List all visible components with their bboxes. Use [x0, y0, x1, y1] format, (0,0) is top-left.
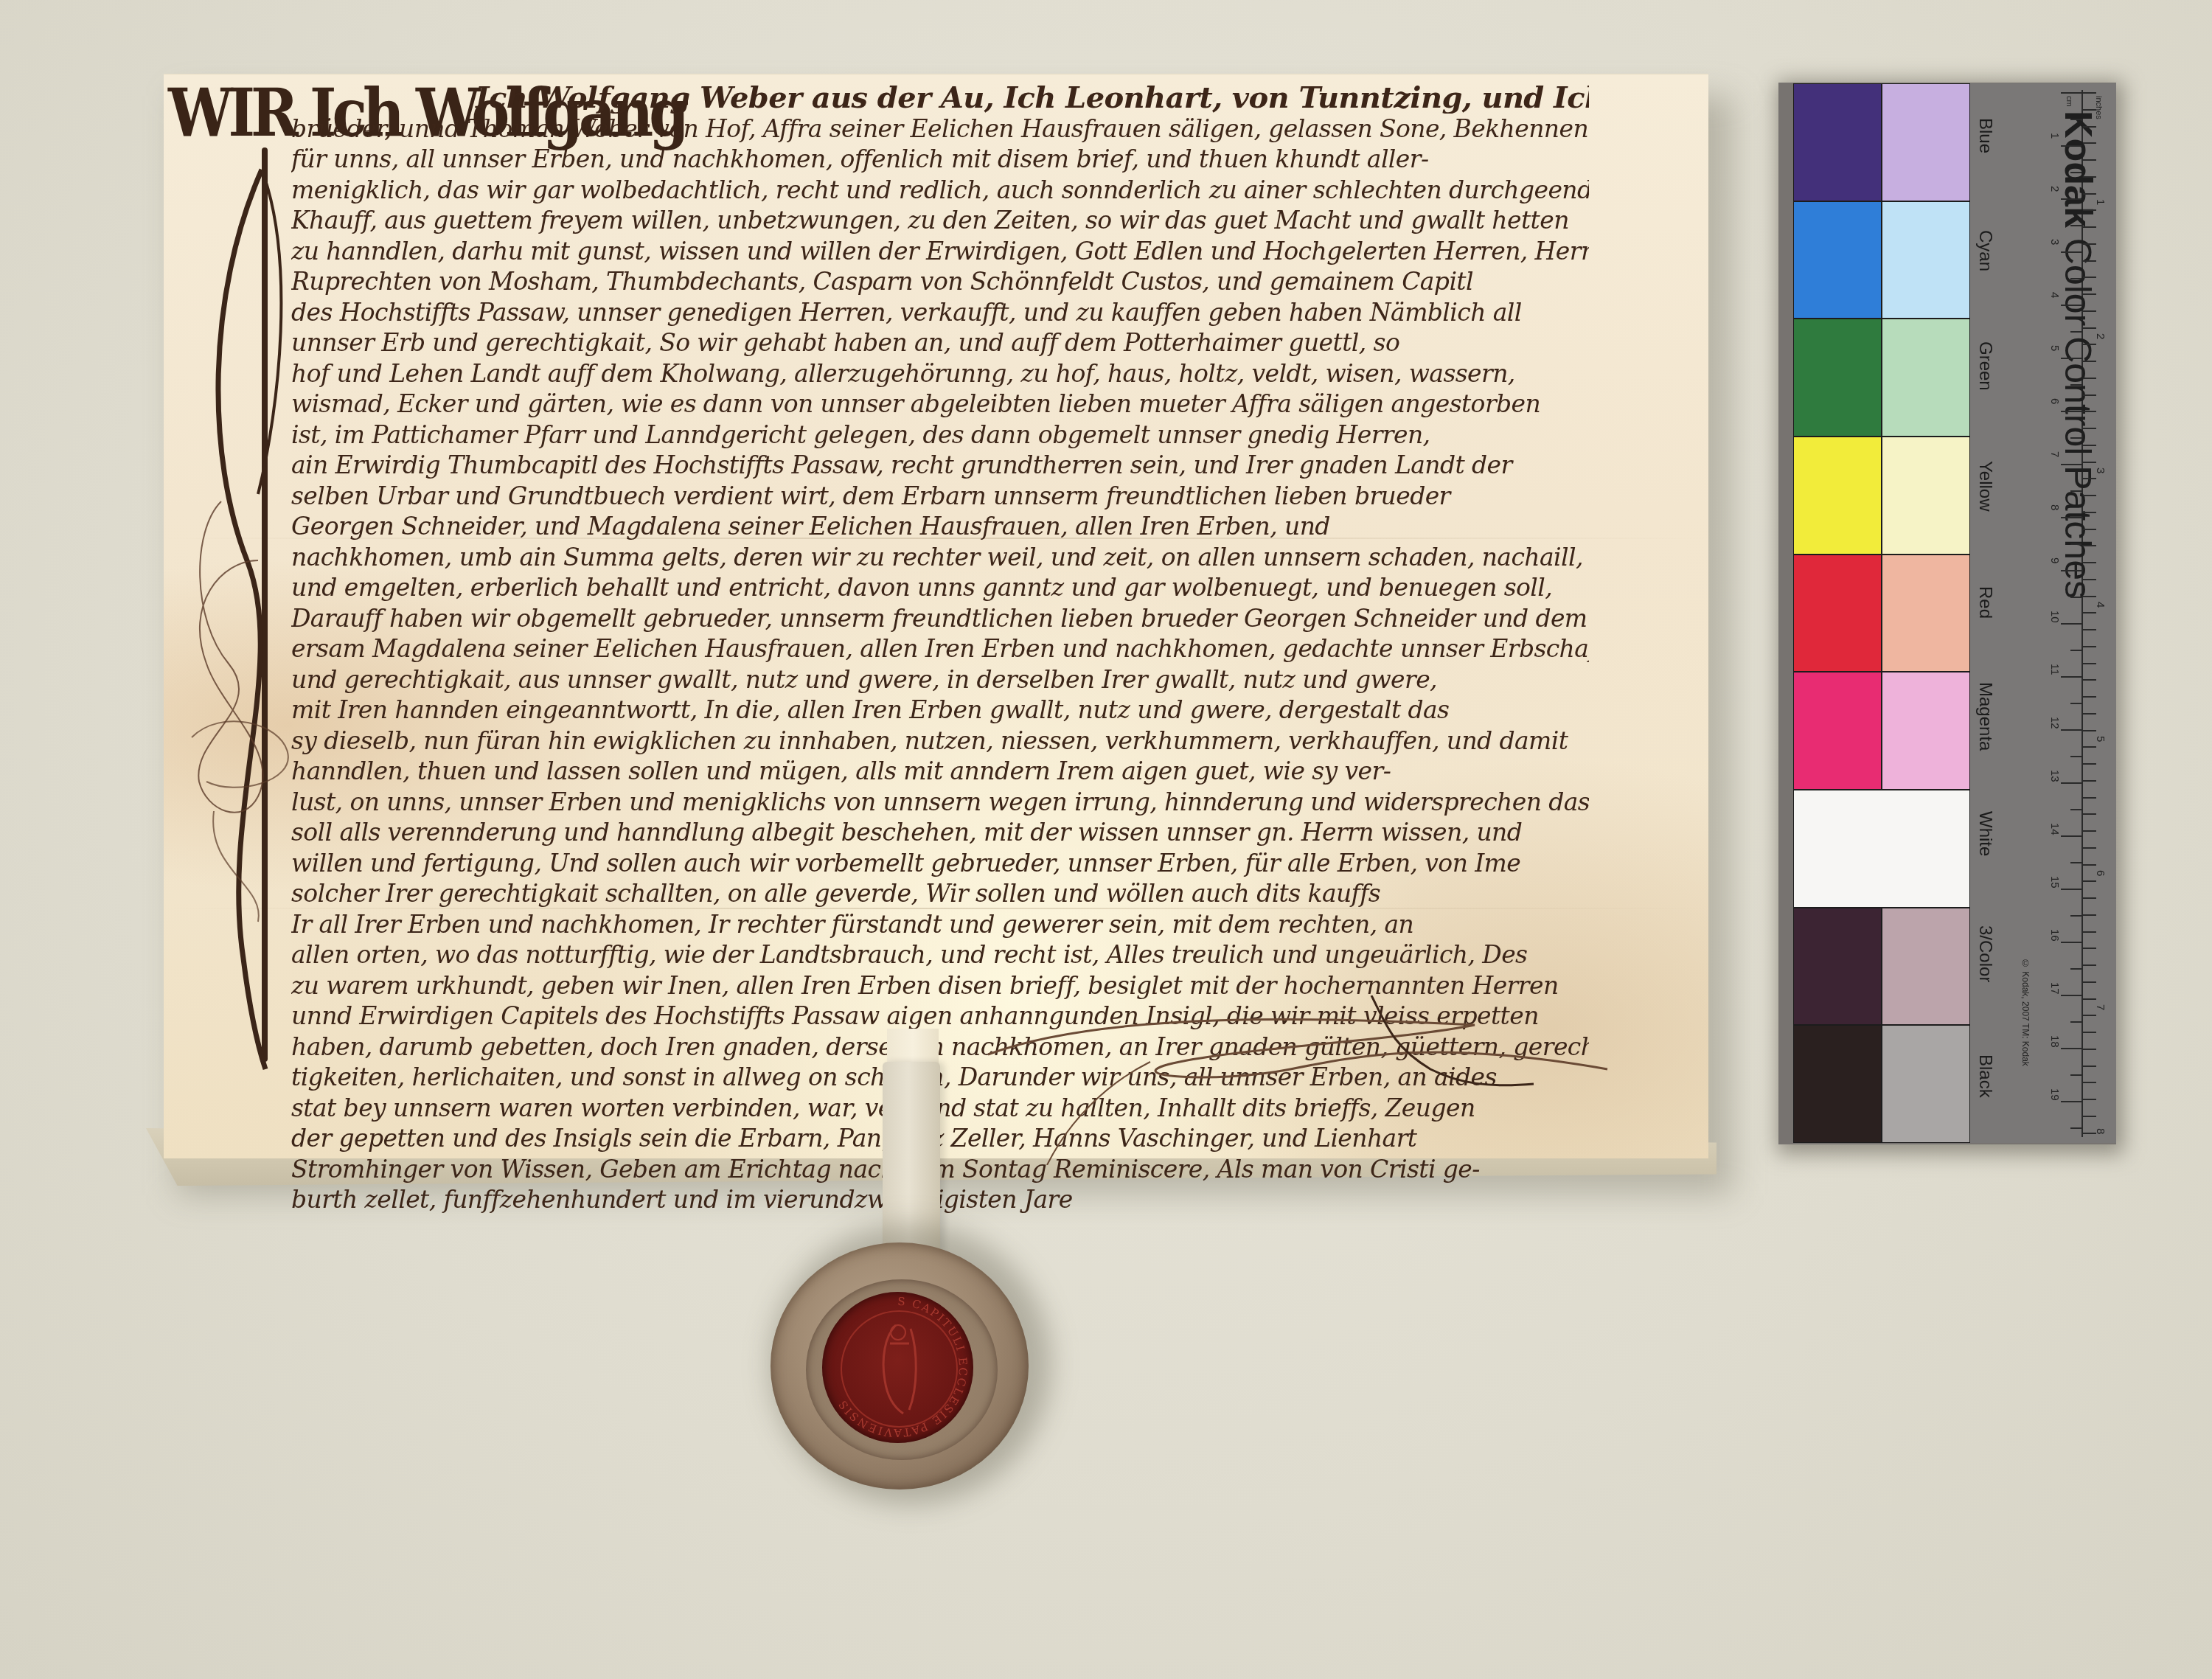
cm-mark: 15 — [2048, 876, 2061, 889]
ruler-tick — [2083, 914, 2096, 916]
ruler-tick — [2070, 597, 2081, 598]
ruler-tick — [2083, 763, 2096, 765]
ruler-tick — [2083, 713, 2096, 715]
ruler-tick — [2083, 310, 2096, 312]
text-line: selben Urbar und Grundtbuech verdient wi… — [291, 481, 1589, 512]
ruler-tick — [2083, 1049, 2096, 1050]
ruler-tick — [2083, 730, 2096, 731]
patch-magenta-light — [1882, 672, 1970, 790]
cm-mark: 16 — [2048, 929, 2061, 942]
inch-mark: 4 — [2094, 602, 2107, 608]
ruler-tick — [2070, 437, 2081, 439]
ruler-tick — [2061, 358, 2081, 359]
ruler-tick — [2083, 462, 2096, 463]
cm-mark: 7 — [2048, 451, 2061, 457]
ruler-tick — [2070, 809, 2081, 810]
ruler-tick — [2070, 1074, 2081, 1076]
ruler-tick — [2083, 746, 2096, 748]
ruler-tick — [2070, 862, 2081, 863]
kodak-copyright: © Kodak, 2007 TM: Kodak — [2020, 959, 2031, 1066]
ruler-tick — [2083, 512, 2096, 513]
label-red: Red — [1975, 586, 1995, 619]
ruler-tick — [2061, 570, 2081, 571]
cm-mark: 10 — [2048, 611, 2061, 623]
text-line: mit Iren hannden eingeanntwortt, In die,… — [291, 695, 1589, 726]
inch-mark: 6 — [2094, 870, 2107, 876]
ruler-tick — [2070, 1021, 2081, 1023]
inch-mark: 2 — [2094, 333, 2107, 339]
label-yellow: Yellow — [1975, 461, 1995, 512]
cm-mark: 1 — [2048, 133, 2061, 139]
text-line: Khauff, aus guettem freyem willen, unbet… — [291, 205, 1589, 236]
seal-legend-text: S CAPITULI ECCLESIE PATAVIENSIS — [835, 1295, 970, 1439]
ruler-tick — [2083, 646, 2096, 647]
text-line: Ruprechten von Mosham, Thumbdechants, Ca… — [291, 266, 1589, 297]
cm-mark: 14 — [2048, 823, 2061, 835]
ruler-tick — [2061, 411, 2081, 412]
inch-mark: 3 — [2094, 467, 2107, 473]
ruler-tick — [2083, 361, 2096, 362]
ruler-tick — [2083, 378, 2096, 379]
text-line: willen und fertigung, Und sollen auch wi… — [291, 848, 1589, 879]
ruler-tick — [2083, 478, 2096, 479]
ruler-tick — [2070, 119, 2081, 120]
ruler-tick — [2061, 305, 2081, 306]
text-line: hof und Lehen Landt auff dem Kholwang, a… — [291, 358, 1589, 389]
patch-white — [1793, 790, 1970, 908]
cm-mark: 5 — [2048, 345, 2061, 351]
patch-black-light — [1882, 1025, 1970, 1143]
ruler-tick — [2061, 198, 2081, 200]
text-line: lust, on unns, unnser Erben und menigkli… — [291, 787, 1589, 818]
ruler-tick — [2083, 579, 2096, 580]
text-line: solcher Irer gerechtigkait schallten, on… — [291, 878, 1589, 909]
patch-green-dark — [1793, 319, 1882, 437]
ruler-tick — [2070, 331, 2081, 333]
patch-green-light — [1882, 319, 1970, 437]
ruler-tick — [2070, 703, 2081, 704]
cm-mark: 19 — [2048, 1088, 2061, 1101]
ruler-tick — [2083, 1116, 2096, 1117]
cm-mark: 4 — [2048, 292, 2061, 298]
patch-cyan-dark — [1793, 201, 1882, 319]
ruler-tick — [2083, 813, 2096, 815]
ruler-tick — [2083, 931, 2096, 933]
text-line: und gerechtigkait, aus unnser gwallt, nu… — [291, 664, 1589, 695]
cm-mark: 11 — [2048, 664, 2061, 675]
inch-mark: 5 — [2094, 736, 2107, 742]
text-line: ersam Magdalena seiner Eelichen Hausfrau… — [291, 633, 1589, 664]
ruler-tick — [2061, 889, 2081, 890]
ruler-tick — [2083, 1032, 2096, 1033]
label-white: White — [1975, 811, 1995, 856]
text-line: ain Erwirdig Thumbcapitl des Hochstiffts… — [291, 450, 1589, 481]
label-magenta: Magenta — [1975, 682, 1995, 751]
ruler-tick — [2061, 251, 2081, 253]
ruler-tick — [2070, 756, 2081, 757]
ruler-tick — [2083, 780, 2096, 782]
cm-mark: 2 — [2048, 186, 2061, 192]
ruler-tick — [2083, 126, 2096, 128]
ruler-tick — [2061, 729, 2081, 731]
ruler-tick — [2070, 225, 2081, 226]
label-cyan: Cyan — [1975, 230, 1995, 271]
inch-mark: 1 — [2094, 199, 2107, 205]
ruler-tick — [2070, 915, 2081, 917]
ruler-tick — [2083, 545, 2096, 546]
ruler-tick — [2061, 623, 2081, 625]
text-line: Georgen Schneider, und Magdalena seiner … — [291, 511, 1589, 542]
ruler-tick — [2083, 1015, 2096, 1016]
patch-black-dark — [1793, 1025, 1882, 1143]
inch-mark: 7 — [2094, 1004, 2107, 1010]
text-line: des Hochstiffts Passaw, unnser genedigen… — [291, 297, 1589, 328]
ruler-tick — [2083, 948, 2096, 949]
color-patch-grid — [1793, 83, 1970, 1143]
notarial-signature-flourish-icon — [959, 995, 1622, 1165]
svg-text:S CAPITULI ECCLESIE PATAVIENSI: S CAPITULI ECCLESIE PATAVIENSIS — [835, 1295, 970, 1439]
text-line: Darauff haben wir obgemellt gebrueder, u… — [291, 603, 1589, 634]
ruler-tick — [2083, 830, 2096, 832]
patch-blue-dark — [1793, 83, 1882, 201]
label-3color: 3/Color — [1975, 925, 1995, 982]
text-line: allen orten, wo das notturfftig, wie der… — [291, 939, 1589, 970]
ruler-tick — [2083, 612, 2096, 613]
text-line: brüeder, unnd Thoman Weber von Hof, Affr… — [291, 114, 1589, 145]
ruler-tick — [2083, 880, 2096, 882]
ruler-tick — [2083, 445, 2096, 446]
ruler-tick — [2070, 1127, 2081, 1129]
ruler-tick — [2083, 864, 2096, 866]
patch-3color-light — [1882, 908, 1970, 1026]
cm-mark: 13 — [2048, 770, 2061, 782]
ruler-tick — [2083, 1133, 2096, 1134]
ruler-tick — [2083, 176, 2096, 178]
ruler-tick — [2070, 490, 2081, 492]
ruler-tick — [2083, 243, 2096, 245]
ruler-tick — [2083, 411, 2096, 412]
label-blue: Blue — [1975, 118, 1995, 153]
ruler-tick — [2061, 92, 2081, 94]
ruler-tick — [2083, 529, 2096, 530]
ruler-tick — [2083, 293, 2096, 295]
ruler-tick — [2083, 495, 2096, 496]
ruler-tick — [2070, 650, 2081, 651]
ruler-tick — [2070, 278, 2081, 279]
ruler-tick — [2061, 1048, 2081, 1049]
cm-mark: 9 — [2048, 557, 2061, 563]
ruler-tick — [2083, 998, 2096, 1000]
ruler-tick — [2083, 327, 2096, 329]
patch-red-light — [1882, 555, 1970, 672]
text-line: soll alls verennderung und hanndlung alb… — [291, 817, 1589, 848]
ruler-tick — [2083, 142, 2096, 144]
ruler-tick — [2083, 260, 2096, 262]
seal-figure-icon: S CAPITULI ECCLESIE PATAVIENSIS — [822, 1292, 973, 1443]
ruler-tick — [2083, 1082, 2096, 1083]
patch-cyan-light — [1882, 201, 1970, 319]
ruler-tick — [2083, 629, 2096, 630]
text-line: Ich Wolfgang Weber aus der Au, Ich Leonh… — [291, 83, 1589, 114]
ruler-tick — [2083, 562, 2096, 563]
cm-mark: 18 — [2048, 1035, 2061, 1048]
ruler-tick — [2083, 1099, 2096, 1100]
ruler-tick — [2083, 663, 2096, 664]
ruler-tick — [2083, 964, 2096, 966]
text-line: ist, im Pattichamer Pfarr und Lanndgeric… — [291, 420, 1589, 451]
ruler-tick — [2083, 428, 2096, 429]
text-line: wismad, Ecker und gärten, wie es dann vo… — [291, 389, 1589, 420]
patch-red-dark — [1793, 555, 1882, 672]
ruler-tick — [2083, 1066, 2096, 1067]
ruler-tick — [2070, 543, 2081, 545]
ruler-tick — [2083, 596, 2096, 597]
ruler-tick — [2083, 981, 2096, 983]
text-line: hanndlen, thuen und lassen sollen und mü… — [291, 756, 1589, 787]
text-line: nachkhomen, umb ain Summa gelts, deren w… — [291, 542, 1589, 573]
ruler-tick — [2083, 92, 2096, 94]
ruler-tick — [2083, 897, 2096, 899]
ruler-tick — [2070, 968, 2081, 970]
ruler-tick — [2061, 145, 2081, 147]
ruler-tick — [2083, 159, 2096, 161]
label-black: Black — [1975, 1054, 1995, 1098]
patch-3color-dark — [1793, 908, 1882, 1026]
ruler-tick — [2070, 384, 2081, 386]
patch-yellow-dark — [1793, 437, 1882, 555]
ruler-tick — [2083, 109, 2096, 111]
patch-blue-light — [1882, 83, 1970, 201]
ruler-tick — [2070, 172, 2081, 173]
cm-mark: 17 — [2048, 982, 2061, 995]
ruler-tick — [2061, 676, 2081, 678]
text-line: Ir all Irer Erben und nachkhomen, Ir rec… — [291, 909, 1589, 940]
text-line: für unns, all unnser Erben, und nachkhom… — [291, 144, 1589, 175]
text-line: und emgelten, erberlich behallt und entr… — [291, 572, 1589, 603]
ruler-tick — [2061, 464, 2081, 465]
ruler-tick — [2061, 835, 2081, 837]
ruler-tick — [2083, 394, 2096, 396]
ruler-tick — [2061, 1101, 2081, 1102]
cm-mark: 6 — [2048, 398, 2061, 404]
ruler-tick — [2083, 226, 2096, 228]
cm-mark: 8 — [2048, 504, 2061, 510]
ruler-tick — [2061, 942, 2081, 943]
ruler-tick — [2061, 995, 2081, 996]
cm-mark: 12 — [2048, 717, 2061, 729]
text-line: unnser Erb und gerechtigkait, So wir geh… — [291, 327, 1589, 358]
ruler-tick — [2083, 277, 2096, 278]
ruler-tick — [2061, 782, 2081, 784]
cm-unit-label: cm — [2065, 96, 2073, 107]
ruler-tick — [2061, 517, 2081, 518]
ruler-tick — [2083, 696, 2096, 698]
patch-magenta-dark — [1793, 672, 1882, 790]
text-line: zu hanndlen, darhu mit gunst, wissen und… — [291, 236, 1589, 267]
label-green: Green — [1975, 341, 1995, 391]
text-line: menigklich, das wir gar wolbedachtlich, … — [291, 175, 1589, 206]
cm-mark: 3 — [2048, 239, 2061, 245]
text-line: burth zellet, funffzehenhundert und im v… — [291, 1184, 1589, 1215]
ruler-tick — [2083, 209, 2096, 211]
ruler-tick — [2083, 847, 2096, 849]
inches-unit-label: inches — [2094, 96, 2103, 119]
text-line: sy dieselb, nun füran hin ewigklichen zu… — [291, 726, 1589, 757]
patch-yellow-light — [1882, 437, 1970, 555]
ruler-tick — [2083, 344, 2096, 345]
ruler-tick — [2083, 679, 2096, 681]
ruler-tick — [2083, 797, 2096, 799]
ruler-tick — [2083, 193, 2096, 195]
